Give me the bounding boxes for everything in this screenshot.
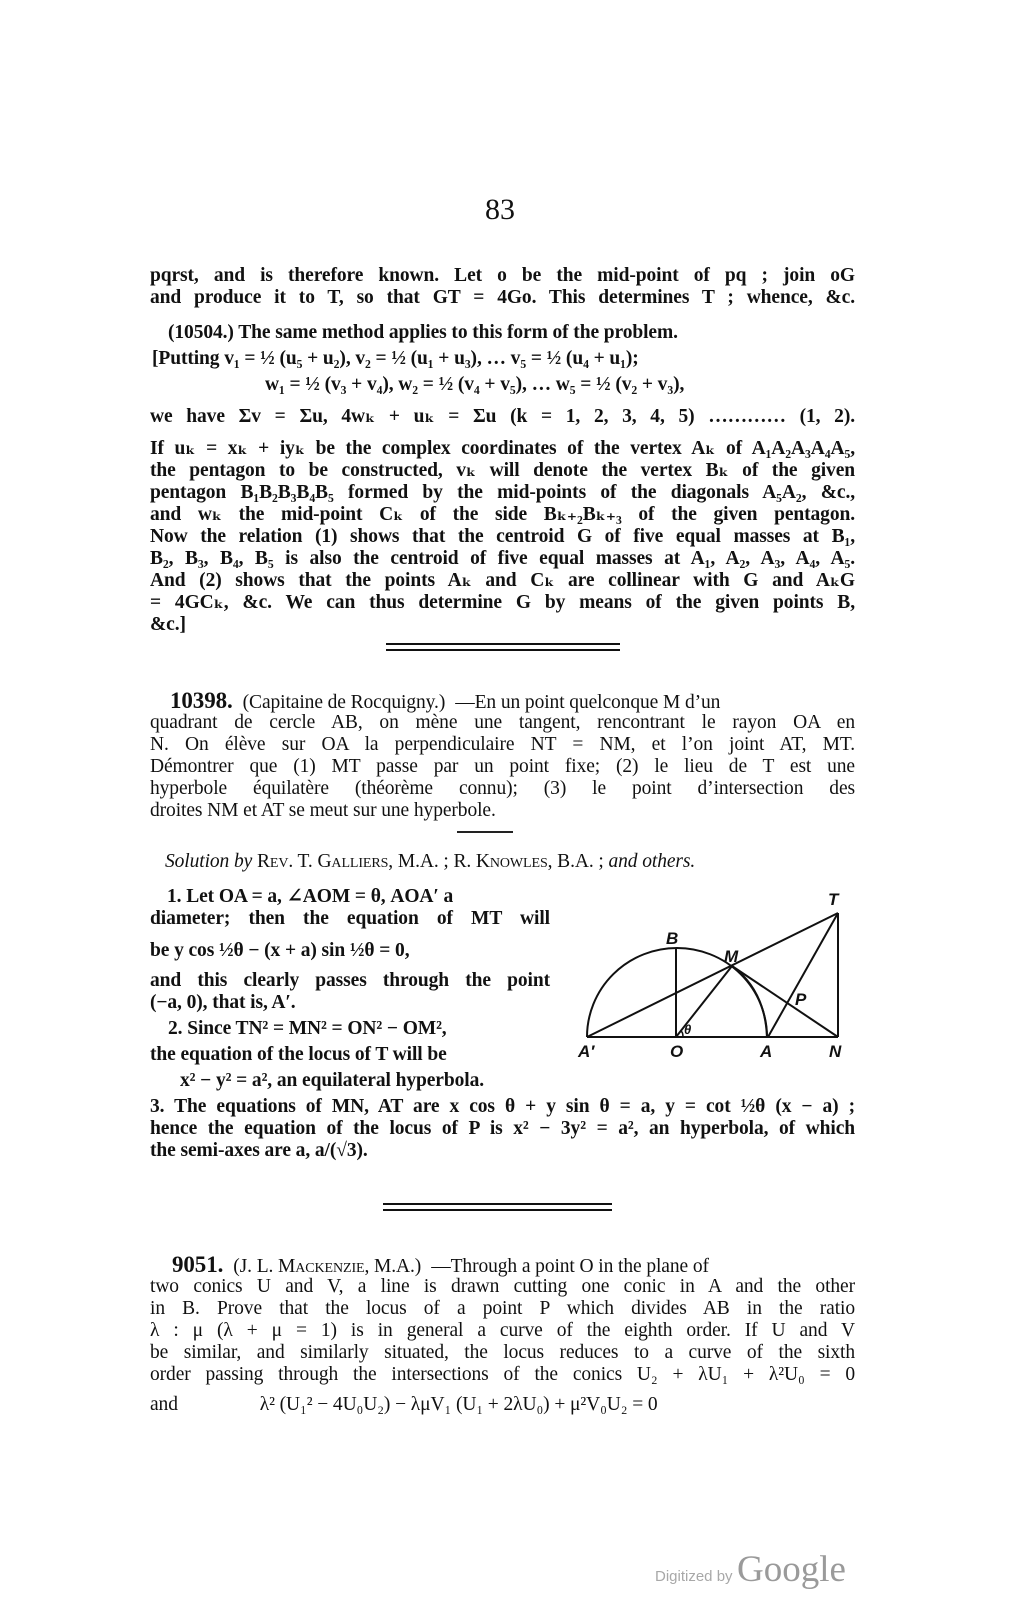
label-theta: θ xyxy=(684,1022,691,1037)
page-number: 83 xyxy=(0,193,1000,227)
label-M: M xyxy=(724,947,739,966)
watermark-prefix: Digitized by xyxy=(655,1568,733,1585)
text-line: and wₖ the mid-point Cₖ of the side Bₖ₊₂… xyxy=(150,504,855,526)
label-A: A xyxy=(759,1042,772,1060)
double-rule-bottom xyxy=(386,649,620,651)
problem-text: —Through a point O in the plane of xyxy=(431,1256,709,1278)
label-N: N xyxy=(829,1042,842,1060)
solution-line: 3. The equations of MN, AT are x cos θ +… xyxy=(150,1096,855,1118)
short-rule xyxy=(457,831,513,833)
google-logo: Google xyxy=(737,1549,846,1590)
equation-prefix: and xyxy=(150,1394,255,1416)
solution-line: 2. Since TN² = MN² = ON² − OM², xyxy=(168,1018,548,1040)
label-P: P xyxy=(795,990,807,1009)
text-line: two conics U and V, a line is drawn cutt… xyxy=(150,1276,855,1298)
problem-text: —En un point quelconque M d’un xyxy=(455,692,720,714)
line-AT xyxy=(768,913,838,1037)
problem-number: 10398. xyxy=(170,690,233,712)
solution-line: x² − y² = a², an equilateral hyperbola. xyxy=(180,1070,580,1092)
text-line: λ : μ (λ + μ = 1) is in general a curve … xyxy=(150,1320,855,1342)
text-line: hyperbole équilatère (théorème connu); (… xyxy=(150,778,855,800)
text-line: And (2) shows that the points Aₖ and Cₖ … xyxy=(150,570,855,592)
text-line: = 4GCₖ, &c. We can thus determine G by m… xyxy=(150,592,855,614)
text-line: droites NM et AT se meut sur une hyperbo… xyxy=(150,800,855,822)
equation-line: and λ² (U₁² − 4U₀U₂) − λμV₁ (U₁ + 2λU₀) … xyxy=(150,1394,855,1416)
text-line: order passing through the intersections … xyxy=(150,1364,855,1386)
line-AprimeT xyxy=(587,913,838,1037)
text-line: and produce it to T, so that GT = 4Go. T… xyxy=(150,287,855,309)
final-equation: λ² (U₁² − 4U₀U₂) − λμV₁ (U₁ + 2λU₀) + μ²… xyxy=(260,1394,658,1415)
double-rule-top xyxy=(383,1203,612,1205)
text-line: quadrant de cercle AB, on mène une tange… xyxy=(150,712,855,734)
solution-byline: Solution by Rev. T. Galliers, M.A. ; R. … xyxy=(165,851,870,873)
byline-authors: Rev. T. Galliers, M.A. ; R. Knowles, B.A… xyxy=(257,851,604,872)
geometry-figure: T B M P θ A′ O A N xyxy=(570,880,860,1060)
text-line: Now the relation (1) shows that the cent… xyxy=(150,526,855,548)
text-line: If uₖ = xₖ + iyₖ be the complex coordina… xyxy=(150,438,855,460)
text-line: pqrst, and is therefore known. Let o be … xyxy=(150,265,855,287)
equation-line: [Putting v₁ = ½ (u₅ + u₂), v₂ = ½ (u₁ + … xyxy=(152,348,857,370)
solution-line: the semi-axes are a, a/(√3). xyxy=(150,1140,855,1162)
equation-line: we have Σv = Σu, 4wₖ + uₖ = Σu (k = 1, 2… xyxy=(150,406,855,428)
solution-line: the equation of the locus of T will be xyxy=(150,1044,550,1066)
double-rule-bottom xyxy=(383,1209,612,1211)
text-line: B₂, B₃, B₄, B₅ is also the centroid of f… xyxy=(150,548,855,570)
double-rule-top xyxy=(386,643,620,645)
problem-header: 9051. (J. L. Mackenzie, M.A.) —Through a… xyxy=(172,1254,855,1278)
solution-line: be y cos ½θ − (x + a) sin ½θ = 0, xyxy=(150,940,550,962)
solution-line: and this clearly passes through the poin… xyxy=(150,970,550,992)
text-line: in B. Prove that the locus of a point P … xyxy=(150,1298,855,1320)
text-line: N. On élève sur OA la perpendiculaire NT… xyxy=(150,734,855,756)
tangent-MN xyxy=(732,966,838,1037)
label-O: O xyxy=(670,1042,683,1060)
google-watermark: Digitized by Google xyxy=(655,1548,846,1591)
byline-suffix: and others. xyxy=(609,851,696,872)
text-line: Démontrer que (1) MT passe par un point … xyxy=(150,756,855,778)
byline-prefix: Solution by xyxy=(165,851,252,872)
note-heading: (10504.) The same method applies to this… xyxy=(168,322,873,344)
solution-line: hence the equation of the locus of P is … xyxy=(150,1118,855,1140)
label-T: T xyxy=(828,890,840,909)
text-line: the pentagon to be constructed, vₖ will … xyxy=(150,460,855,482)
problem-author: (J. L. Mackenzie, M.A.) xyxy=(233,1256,421,1278)
text-line: pentagon B₁B₂B₃B₄B₅ formed by the mid-po… xyxy=(150,482,855,504)
text-line: &c.] xyxy=(150,614,855,636)
equation-line: w₁ = ½ (v₃ + v₄), w₂ = ½ (v₄ + v₅), … w₅… xyxy=(265,374,970,396)
solution-line: diameter; then the equation of MT will xyxy=(150,908,550,930)
solution-line: 1. Let OA = a, ∠AOM = θ, AOA′ a xyxy=(167,886,560,908)
problem-number: 9051. xyxy=(172,1254,223,1276)
label-B: B xyxy=(666,929,678,948)
text-line: be similar, and similarly situated, the … xyxy=(150,1342,855,1364)
label-A-prime: A′ xyxy=(577,1042,595,1060)
solution-line: (−a, 0), that is, A′. xyxy=(150,992,550,1014)
problem-author: (Capitaine de Rocquigny.) xyxy=(243,692,446,714)
problem-header: 10398. (Capitaine de Rocquigny.) —En un … xyxy=(170,690,855,714)
